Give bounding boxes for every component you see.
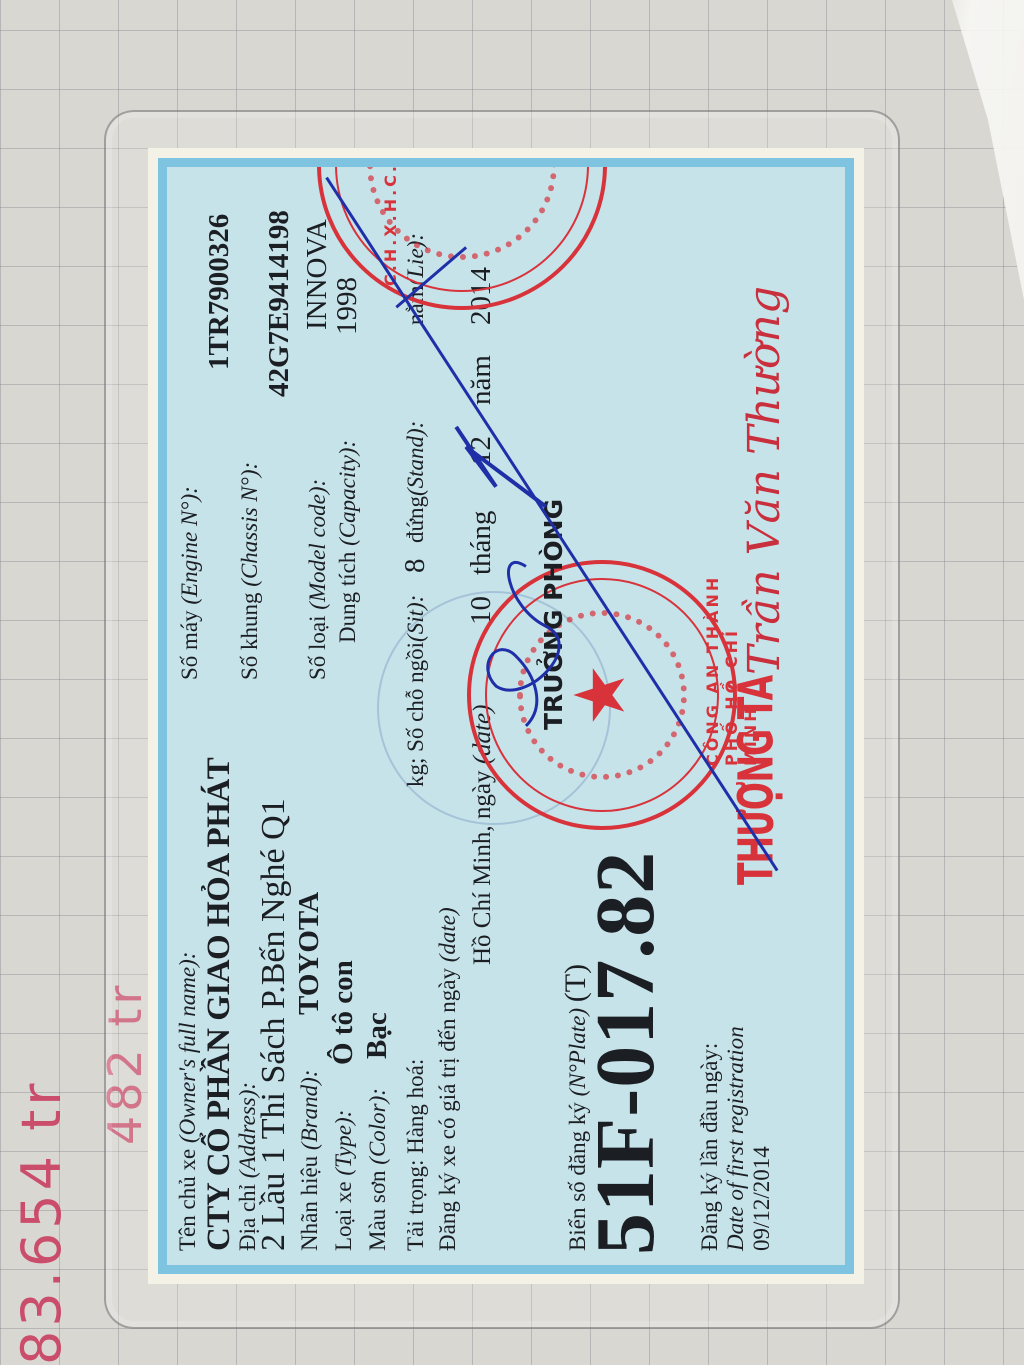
first-registration-date: 09/12/2014 bbox=[749, 1146, 775, 1251]
plate-number: 51F-017.82 bbox=[577, 851, 674, 1255]
signatory-rank: THƯỢNG TÁ bbox=[727, 676, 784, 885]
load-label: Tải trọng: Hàng hoá: bbox=[403, 1059, 429, 1251]
color-value: Bạc bbox=[361, 1012, 394, 1059]
address-value: 2 Lầu 1 Thi Sách P.Bến Nghé Q1 bbox=[255, 798, 293, 1251]
model-label: Số loại (Model code): bbox=[305, 479, 331, 680]
signatory-name: Trần Văn Thường bbox=[739, 286, 790, 675]
chassis-label: Số khung (Chassis N°): bbox=[237, 462, 263, 680]
top-stamp-text: C.H.X.H.C.N bbox=[381, 158, 400, 286]
year-word: năm bbox=[465, 355, 498, 405]
registration-card: Tên chủ xe (Owner's full name): CTY CỔ P… bbox=[148, 148, 864, 1284]
owner-name: CTY CỔ PHẦN GIAO HỎA PHÁT bbox=[201, 758, 238, 1251]
color-label: Màu sơn (Color): bbox=[365, 1088, 391, 1251]
issued-month: 12 bbox=[465, 436, 498, 465]
stand-label: đứng(Stand): bbox=[403, 421, 429, 543]
type-value: Ô tô con bbox=[327, 960, 360, 1065]
paper-fold bbox=[904, 0, 1024, 300]
registration-card-face: Tên chủ xe (Owner's full name): CTY CỔ P… bbox=[158, 158, 854, 1274]
brand-label: Nhãn hiệu (Brand): bbox=[297, 1070, 323, 1251]
month-word: tháng bbox=[465, 511, 498, 575]
first-registration-label-en: Date of first registration bbox=[723, 1026, 749, 1251]
handwritten-note-amount-1: 83.654 tr bbox=[10, 1080, 73, 1365]
police-seal-stamp: ★ CÔNG AN THÀNH PHỐ HỒ CHÍ MINH bbox=[467, 560, 737, 830]
first-registration-label: Đăng ký lần đầu ngày: bbox=[697, 1043, 723, 1251]
brand-value: TOYOTA bbox=[293, 892, 326, 1015]
seats-value: 8 bbox=[399, 559, 432, 574]
chassis-number: 42G7E9414198 bbox=[263, 210, 296, 397]
capacity-value: 1998 bbox=[331, 277, 364, 335]
engine-label: Số máy (Engine N°): bbox=[177, 486, 203, 680]
seats-label: kg; Số chỗ ngồi(Sit): bbox=[403, 595, 429, 787]
type-label: Loại xe (Type): bbox=[331, 1110, 357, 1251]
registration-card-holder: Tên chủ xe (Owner's full name): CTY CỔ P… bbox=[148, 148, 864, 1284]
capacity-label: Dung tích (Capacity): bbox=[335, 440, 361, 643]
model-value: INNOVA bbox=[301, 219, 334, 330]
validity-label: Đăng ký xe có giá trị đến ngày (date) bbox=[435, 907, 461, 1251]
owner-label: Tên chủ xe (Owner's full name): bbox=[175, 952, 201, 1251]
engine-number: 1TR7900326 bbox=[203, 214, 236, 370]
signatory-role: TRƯỞNG PHÒNG bbox=[539, 499, 568, 730]
star-emblem-icon: ★ bbox=[567, 664, 637, 727]
